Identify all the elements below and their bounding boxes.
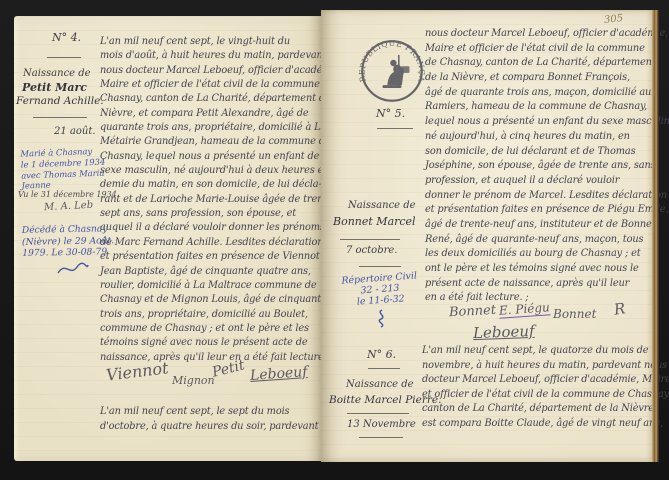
manuscript-line: de Marc Fernand Achille. Lesdites déclar… [100, 237, 319, 251]
manuscript-line: présent acte de naissance, après qu'il l… [425, 278, 646, 293]
manuscript-line: L'an mil neuf cent sept, le quatorze du … [422, 345, 646, 360]
manuscript-line: mois d'août, à huit heures du matin, par… [100, 50, 319, 64]
manuscript-line: sexe masculin, né aujourd'hui à deux heu… [100, 165, 319, 179]
officer-initials-signature: M. A. Leb [44, 200, 94, 214]
manuscript-line: canton de La Charité, département de la … [422, 403, 646, 418]
manuscript-line: L'an mil neuf cent sept, le vingt-huit d… [100, 36, 319, 50]
manuscript-line: Jean Baptiste, âgé de cinquante quatre a… [100, 266, 319, 280]
margin-rule [33, 117, 87, 118]
pencil-page-number: 305 [603, 13, 623, 26]
manuscript-line: d'octobre, à quatre heures du soir, pard… [100, 421, 319, 436]
manuscript-line: Chasnay et de Mignon Louis, âgé de cinqu… [100, 294, 319, 308]
birth-title-line: Naissance de [23, 68, 91, 79]
manuscript-line: de Chasnay, canton de La Charité, départ… [425, 57, 646, 72]
margin-rule [340, 239, 400, 240]
manuscript-line: âgé de trente-neuf ans, instituteur et d… [425, 219, 646, 234]
signature-leboeuf: Leboeuf [473, 322, 535, 342]
margin-date: 7 octobre. [346, 245, 397, 256]
manuscript-line: les deux domiciliés au bourg de Chasnay … [425, 248, 646, 263]
manuscript-line: René, âgé de quarante-neuf ans, maçon, t… [425, 234, 646, 249]
manuscript-line: est compara Boitte Claude, âgé de vingt … [422, 418, 646, 433]
signature-mignon: Mignon [172, 374, 215, 387]
manuscript-line: Nièvre, et compara Petit Alexandre, âgé … [100, 108, 319, 122]
manuscript-line: lequel nous a présenté un enfant du sexe… [425, 116, 646, 131]
register-scan: N° 4. Naissance de Petit Marc Fernand Ac… [0, 0, 669, 480]
margin-rule [347, 413, 409, 414]
manuscript-line: L'an mil neuf cent sept, le sept du mois [100, 406, 319, 421]
repertoire-civil-note: Répertoire Civil 32 - 213 le 11-6-32 [333, 270, 427, 309]
manuscript-line: quarante trois ans, propriétaire, domici… [100, 122, 319, 136]
manuscript-line: roulier, domicilié à La Maltrace commune… [100, 280, 319, 294]
manuscript-line: trois ans, propriétaire, domicilié au Bo… [100, 309, 319, 323]
paraph-icon [373, 308, 391, 328]
manuscript-line: docteur Marcel Leboeuf, officier d'acadé… [422, 374, 646, 389]
act-number-4: N° 4. [52, 31, 81, 44]
next-act-opening: L'an mil neuf cent sept, le sept du mois… [100, 406, 319, 436]
birth-title-line: Naissance de [348, 200, 416, 211]
act-number-5: N° 5. [376, 107, 405, 120]
margin-rule [377, 128, 413, 129]
manuscript-line: nous docteur Marcel Leboeuf, officier d'… [425, 28, 646, 43]
right-page: RÉPUBLIQUE FRANÇAISE N° 5. Naissance de … [321, 10, 653, 462]
act-number-6: N° 6. [367, 348, 396, 361]
manuscript-line: et présentation faites en présence de Pi… [425, 204, 646, 219]
manuscript-line: donner le prénom de Marcel. Lesdites déc… [425, 190, 646, 205]
manuscript-line: âgé de quarante trois ans, maçon, domici… [425, 87, 646, 102]
manuscript-line: auquel il a déclaré vouloir donner les p… [100, 222, 319, 236]
manuscript-line: son domicile, de lui déclarant et de Tho… [425, 146, 646, 161]
left-page: N° 4. Naissance de Petit Marc Fernand Ac… [14, 16, 321, 461]
manuscript-line: Ramiers, hameau de la commune de Chasnay… [425, 101, 646, 116]
paraph-icon [56, 261, 90, 277]
margin-rule [359, 437, 403, 438]
signature-piegu: E. Piégu [499, 300, 551, 319]
right-page-act-text: nous docteur Marcel Leboeuf, officier d'… [425, 28, 646, 307]
manuscript-line: nous docteur Marcel Leboeuf, officier d'… [100, 65, 319, 79]
manuscript-line: de la Nièvre, et compara Bonnet François… [425, 72, 646, 87]
margin-rule [47, 57, 81, 58]
manuscript-line: profession, et auquel il a déclaré voulo… [425, 175, 646, 190]
manuscript-line: témoins signé avec nous le présent acte … [100, 337, 319, 351]
birth-title-name: Bonnet Marcel [333, 215, 416, 228]
signature-bonnet-r: Bonnet [553, 307, 596, 321]
manuscript-line: né aujourd'hui, à cinq heures du matin, … [425, 131, 646, 146]
margin-rule [359, 266, 401, 267]
manuscript-line: commune de Chasnay ; et ont le père et l… [100, 323, 319, 337]
manuscript-line: et présentation faites en présence de Vi… [100, 251, 319, 265]
republique-francaise-stamp: RÉPUBLIQUE FRANÇAISE [359, 38, 425, 104]
signature-r-flourish: R [613, 299, 627, 318]
manuscript-line: Maire et officier de l'état civil de la … [100, 79, 319, 93]
manuscript-line: Maire et officier de l'état civil de la … [425, 43, 646, 58]
manuscript-line: Métairie Grandjean, hameau de la commune… [100, 136, 319, 150]
birth-title-name: Petit Marc [22, 81, 87, 94]
next-act-opening: L'an mil neuf cent sept, le quatorze du … [422, 345, 646, 433]
manuscript-line: rant et de Larioche Marie-Louise âgée de… [100, 194, 319, 208]
signature-leboeuf: Leboeuf [250, 364, 308, 384]
manuscript-line: Joséphine, son épouse, âgée de trente an… [425, 160, 646, 175]
manuscript-line: demie du matin, en son domicile, de lui … [100, 179, 319, 193]
manuscript-line: novembre, à huit heures du matin, pardev… [422, 360, 646, 375]
margin-date: 21 août. [54, 126, 96, 137]
manuscript-line: Chasnay, canton de La Charité, départeme… [100, 93, 319, 107]
left-page-act-text: L'an mil neuf cent sept, le vingt-huit d… [100, 36, 319, 366]
birth-title-line: Naissance de [346, 379, 414, 390]
birth-title-name2: Fernand Achille. [16, 95, 104, 107]
manuscript-line: sept ans, sans profession, son épouse, e… [100, 208, 319, 222]
signature-bonnet: Bonnet [449, 303, 497, 320]
page-stack-edge [652, 10, 659, 462]
margin-rule [368, 368, 400, 369]
marriage-mention-note: Marié à Chasnay le 1 décembre 1934 avec … [20, 145, 111, 191]
manuscript-line: Chasnay, lequel nous a présenté un enfan… [100, 151, 319, 165]
marianne-figure-icon [383, 55, 410, 88]
manuscript-line: et officier de l'état civil de la commun… [422, 389, 646, 404]
margin-date: 13 Novembre [347, 419, 416, 430]
manuscript-line: ont le père et les témoins signé avec no… [425, 263, 646, 278]
